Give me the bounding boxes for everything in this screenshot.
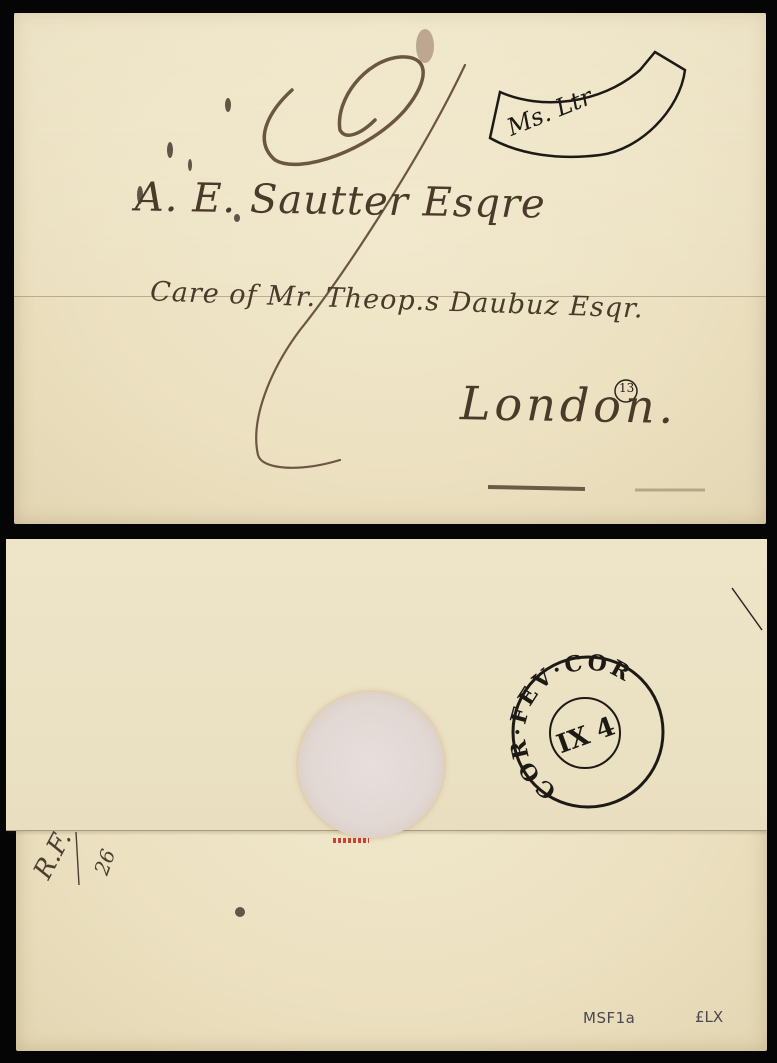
cover-front-flap — [14, 13, 766, 297]
price-code-note: £LX — [695, 1008, 723, 1026]
destination-city: London. — [460, 376, 678, 434]
small-circle-handstamp-text: 13 — [619, 381, 634, 395]
wafer-seal — [298, 692, 444, 838]
red-wax-trace — [333, 838, 369, 843]
addressee-name: A. E. Sautter Esqre — [135, 174, 546, 227]
cover-front — [14, 13, 766, 524]
stock-code-note: MSF1a — [583, 1009, 635, 1027]
